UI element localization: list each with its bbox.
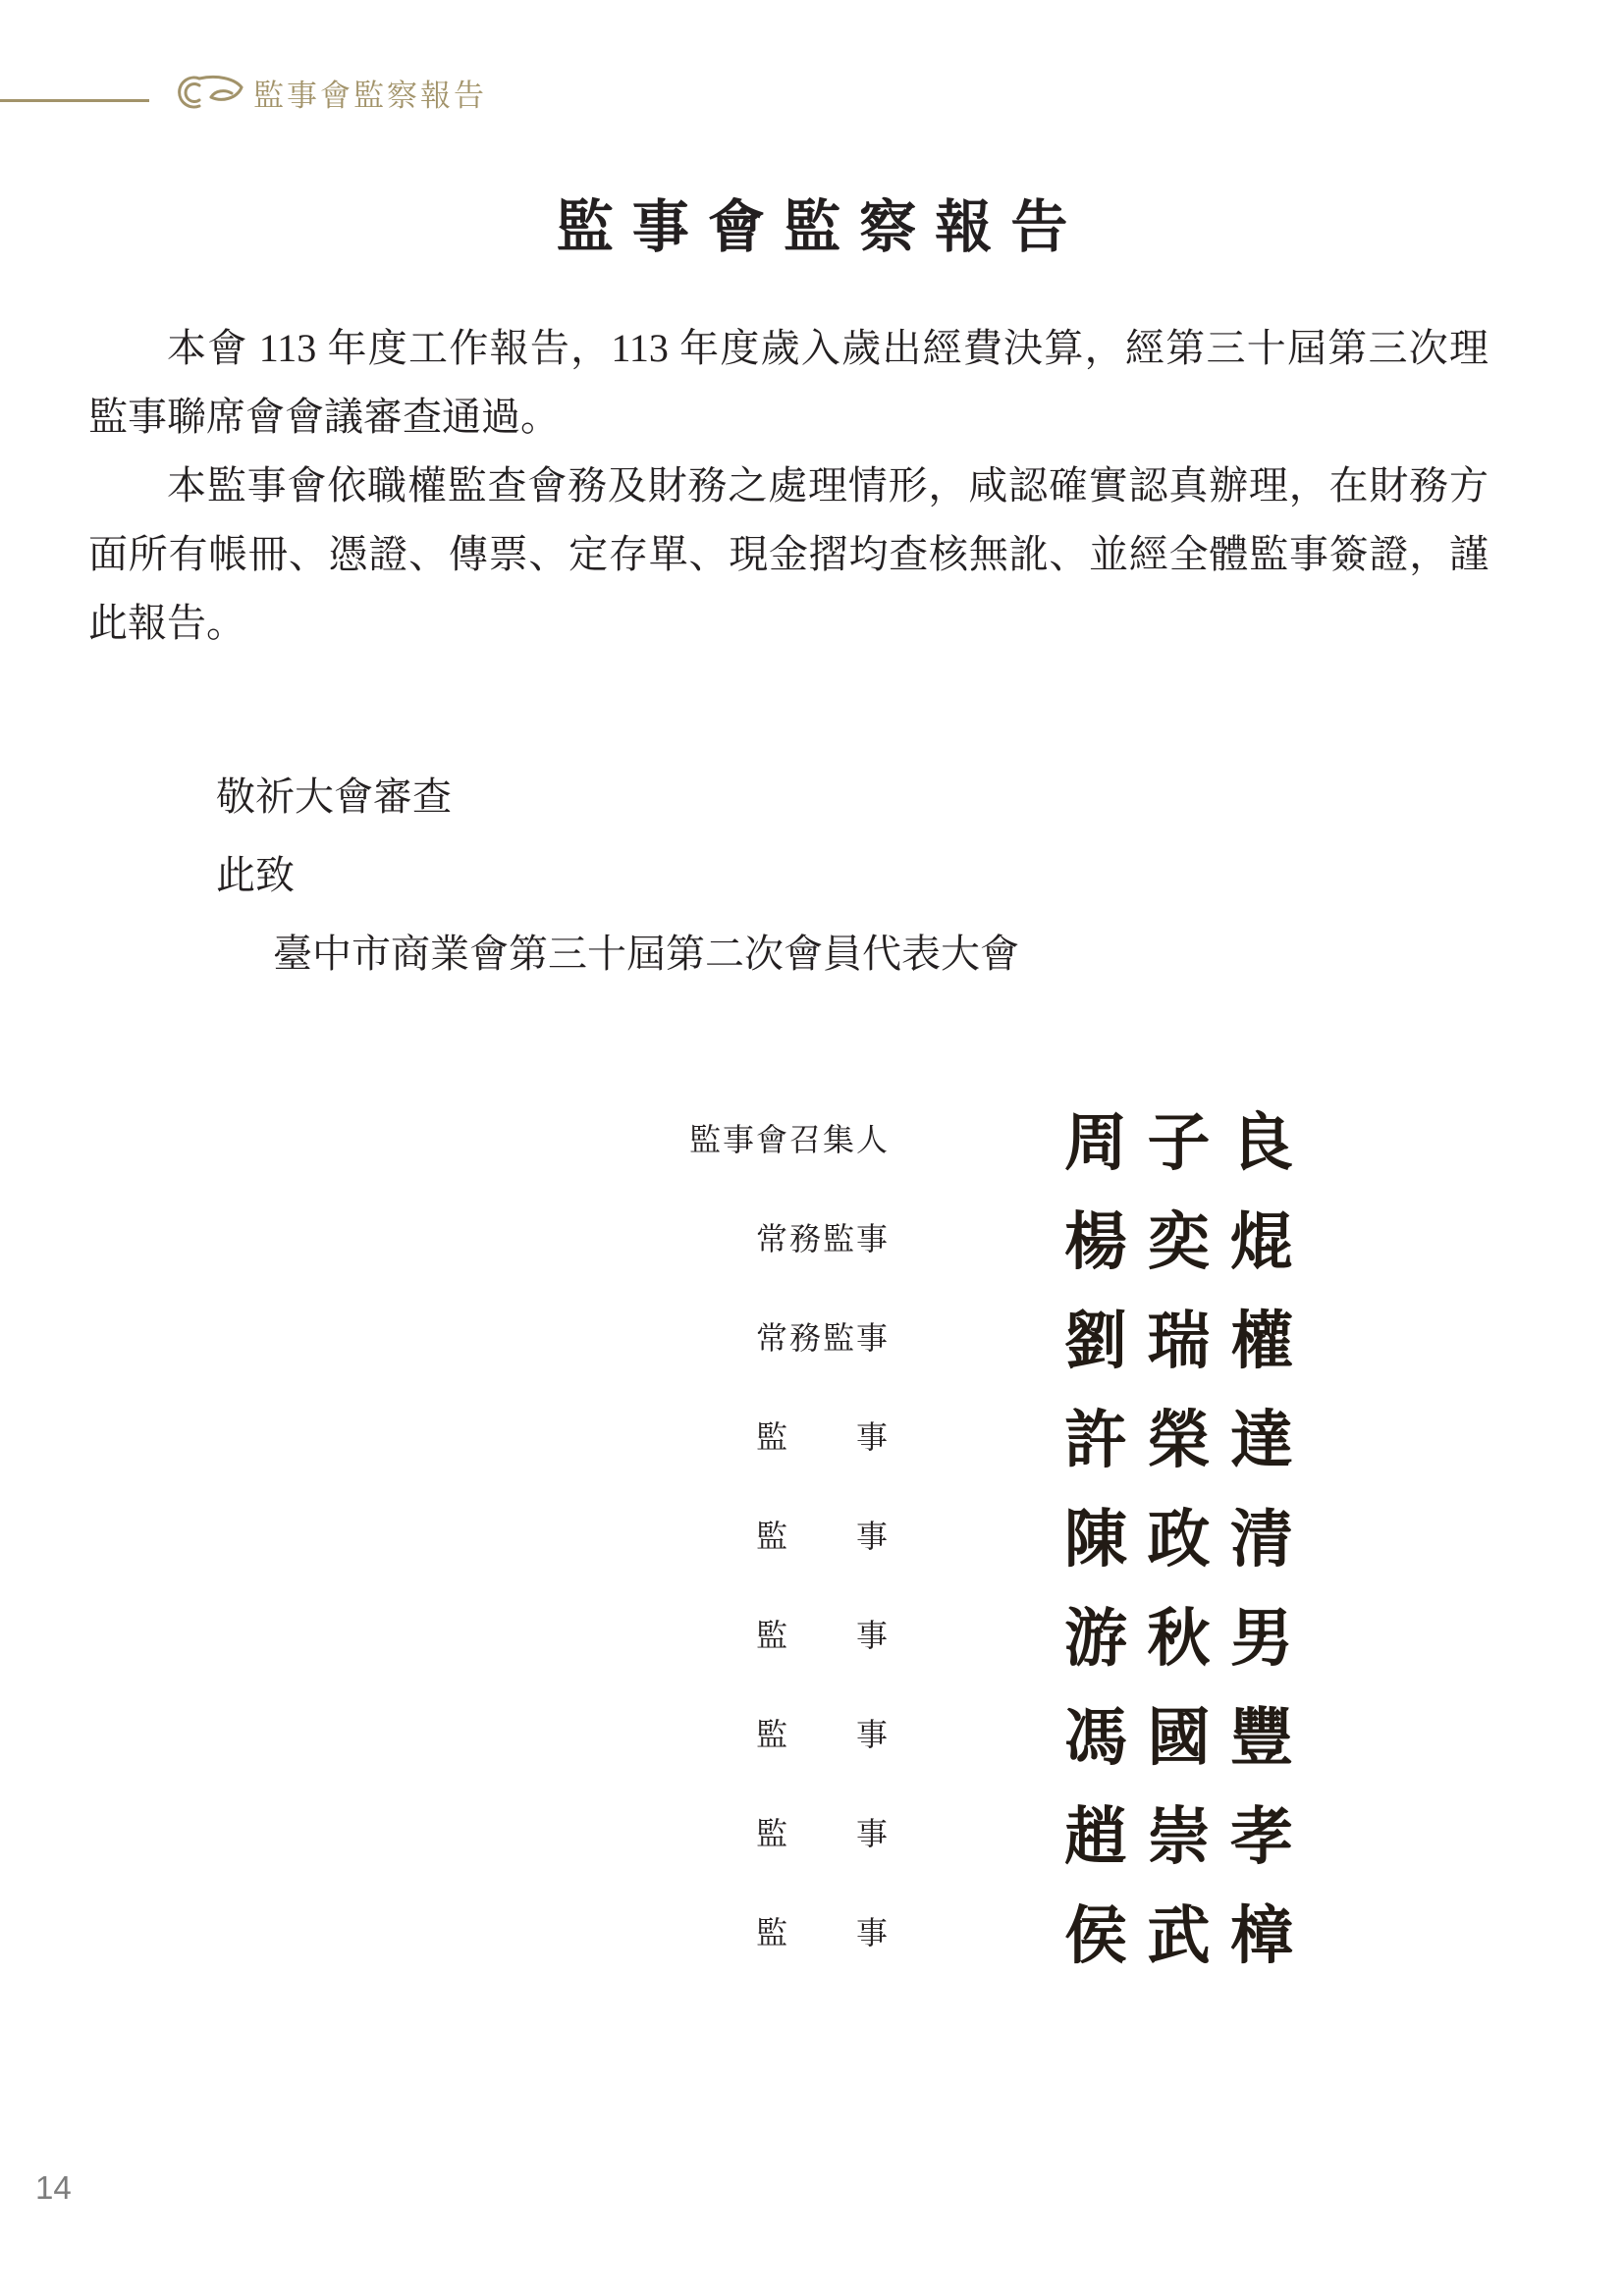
signature-row: 監事會召集人 周子良 [687, 1088, 1313, 1187]
signature-row: 監 事 侯武樟 [687, 1881, 1313, 1980]
signature-title: 監 事 [687, 1611, 890, 1656]
signature-row: 常務監事 楊奕焜 [687, 1187, 1313, 1286]
header-rule [0, 99, 149, 102]
signature-title: 監 事 [687, 1413, 890, 1458]
closing-salutation: 此致 [216, 836, 1019, 915]
closing-petition: 敬祈大會審查 [216, 758, 1019, 836]
document-title: 監事會監察報告 [0, 181, 1624, 263]
signature-title: 監事會召集人 [687, 1115, 890, 1160]
signature-name: 馮國豐 [1064, 1687, 1313, 1778]
signature-list: 監事會召集人 周子良 常務監事 楊奕焜 常務監事 劉瑞權 監 事 許榮達 監 事… [687, 1088, 1313, 1980]
report-body: 本會 113 年度工作報告，113 年度歲入歲出經費決算，經第三十屆第三次理監事… [88, 314, 1489, 658]
signature-name: 侯武樟 [1064, 1886, 1313, 1976]
closing-addressee: 臺中市商業會第三十屆第二次會員代表大會 [273, 915, 1019, 993]
paragraph-approval: 本會 113 年度工作報告，113 年度歲入歲出經費決算，經第三十屆第三次理監事… [88, 314, 1489, 452]
signature-name: 劉瑞權 [1064, 1291, 1313, 1381]
running-header-title: 監事會監察報告 [253, 71, 487, 115]
signature-name: 趙崇孝 [1064, 1787, 1313, 1877]
signature-name: 陳政清 [1064, 1489, 1313, 1579]
signature-title: 常務監事 [687, 1313, 890, 1359]
signature-row: 常務監事 劉瑞權 [687, 1286, 1313, 1385]
signature-title: 監 事 [687, 1512, 890, 1557]
paragraph-audit: 本監事會依職權監查會務及財務之處理情形，咸認確實認真辦理，在財務方面所有帳冊、憑… [88, 452, 1489, 658]
signature-row: 監 事 馮國豐 [687, 1682, 1313, 1782]
signature-title: 監 事 [687, 1908, 890, 1953]
signature-row: 監 事 許榮達 [687, 1385, 1313, 1484]
signature-row: 監 事 游秋男 [687, 1583, 1313, 1682]
signature-title: 監 事 [687, 1809, 890, 1854]
signature-row: 監 事 陳政清 [687, 1484, 1313, 1583]
document-page: 監事會監察報告 監事會監察報告 本會 113 年度工作報告，113 年度歲入歲出… [0, 0, 1624, 2296]
signature-name: 周子良 [1064, 1093, 1313, 1183]
signature-name: 楊奕焜 [1064, 1192, 1313, 1282]
signature-name: 許榮達 [1064, 1390, 1313, 1480]
page-number: 14 [35, 2169, 72, 2207]
signature-title: 常務監事 [687, 1214, 890, 1259]
cloud-scroll-icon [163, 73, 247, 125]
signature-name: 游秋男 [1064, 1588, 1313, 1679]
signature-title: 監 事 [687, 1710, 890, 1755]
signature-row: 監 事 趙崇孝 [687, 1782, 1313, 1881]
closing-block: 敬祈大會審查 此致 臺中市商業會第三十屆第二次會員代表大會 [88, 758, 1019, 993]
